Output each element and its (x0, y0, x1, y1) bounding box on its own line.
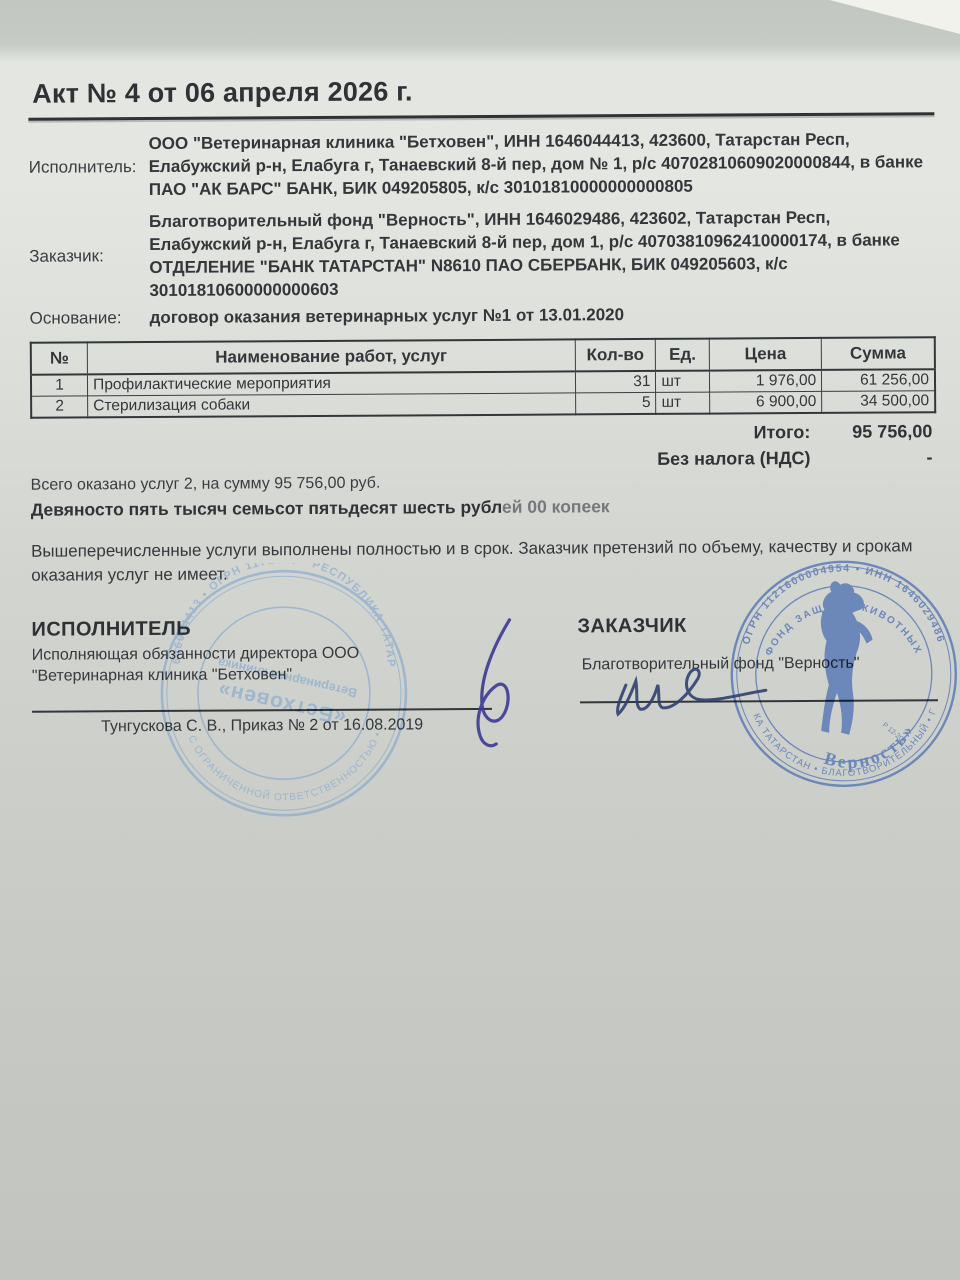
executor-signature (451, 611, 572, 757)
claims-paragraph: Вышеперечисленные услуги выполнены полно… (31, 534, 939, 588)
cell-name: Профилактические мероприятия (88, 371, 576, 395)
executor-row: Исполнитель: ООО "Ветеринарная клиника "… (28, 127, 934, 202)
tax-value: - (810, 447, 932, 469)
col-header-num: № (31, 342, 88, 374)
basis-label: Основание: (30, 308, 150, 329)
cell-sum: 61 256,00 (822, 369, 935, 391)
title-underline (28, 112, 934, 121)
amount-in-words: Девяносто пять тысяч семьсот пятьдесят ш… (31, 496, 610, 521)
executor-label: Исполнитель: (29, 157, 149, 178)
basis-row: Основание: договор оказания ветеринарных… (30, 303, 936, 329)
executor-signer-title: Исполняющая обязанности директора ООО "В… (32, 642, 472, 687)
customer-signature-line (580, 699, 938, 703)
cell-price: 6 900,00 (710, 391, 822, 413)
table-row: 2 Стерилизация собаки 5 шт 6 900,00 34 5… (31, 391, 935, 418)
totals-block: Итого: 95 756,00 Без налога (НДС) - (30, 421, 932, 479)
amount-words-tail: ей 00 копеек (502, 496, 610, 517)
customer-details-text: Благотворительный фонд "Верность", ИНН 1… (149, 205, 936, 302)
cell-unit: шт (656, 371, 710, 393)
executor-round-stamp: • ИНН 1646044413 • ОГРН 1171690 • РЕСПУБ… (153, 562, 415, 824)
tax-row: Без налога (НДС) - (30, 447, 932, 474)
services-table: № Наименование работ, услуг Кол-во Ед. Ц… (30, 336, 936, 419)
customer-label: Заказчик: (29, 246, 149, 267)
customer-stamp-reg-number: Р 12-203 (881, 722, 907, 746)
customer-org-name: Благотворительный фонд "Верность" (582, 652, 938, 675)
total-label: Итого: (753, 422, 810, 443)
customer-stamp-name: Верность» (822, 720, 919, 773)
cell-unit: шт (656, 392, 710, 414)
cell-qty: 31 (575, 371, 656, 393)
col-header-price: Цена (709, 338, 821, 371)
cell-price: 1 976,00 (709, 370, 821, 392)
svg-text:ФОНД ЗАЩИТЫ ЖИВОТНЫХ: ФОНД ЗАЩИТЫ ЖИВОТНЫХ (763, 600, 924, 658)
act-document: Акт № 4 от 06 апреля 2026 г. Исполнитель… (0, 0, 960, 1280)
cell-sum: 34 500,00 (822, 391, 935, 413)
cell-num: 1 (31, 374, 88, 396)
page-title: Акт № 4 от 06 апреля 2026 г. (32, 76, 413, 109)
executor-signature-line (32, 708, 492, 713)
amount-words-main: Девяносто пять тысяч семьсот пятьдесят ш… (31, 497, 502, 520)
basis-value: договор оказания ветеринарных услуг №1 о… (150, 305, 625, 328)
customer-heading: ЗАКАЗЧИК (577, 615, 686, 639)
col-header-unit: Ед. (656, 339, 710, 371)
tax-label: Без налога (НДС) (657, 448, 810, 470)
executor-details-text: ООО "Ветеринарная клиника "Бетховен", ИН… (148, 127, 934, 201)
executor-heading: ИСПОЛНИТЕЛЬ (31, 618, 191, 642)
svg-text:Верность»: Верность» (822, 720, 919, 773)
cell-name: Стерилизация собаки (88, 393, 576, 417)
col-header-name: Наименование работ, услуг (87, 339, 575, 374)
document-photo: Акт № 4 от 06 апреля 2026 г. Исполнитель… (0, 0, 960, 1280)
services-count-line: Всего оказано услуг 2, на сумму 95 756,0… (31, 475, 381, 495)
total-value: 95 756,00 (810, 421, 932, 443)
executor-signer-name: Тунгускова С. В., Приказ № 2 от 16.08.20… (32, 716, 492, 737)
customer-row: Заказчик: Благотворительный фонд "Вернос… (29, 205, 936, 303)
customer-stamp-inner-text: ФОНД ЗАЩИТЫ ЖИВОТНЫХ (763, 600, 924, 658)
cell-num: 2 (31, 396, 88, 418)
total-row: Итого: 95 756,00 (30, 421, 932, 448)
col-header-sum: Сумма (821, 337, 934, 370)
col-header-qty: Кол-во (575, 339, 656, 371)
cell-qty: 5 (575, 392, 656, 414)
